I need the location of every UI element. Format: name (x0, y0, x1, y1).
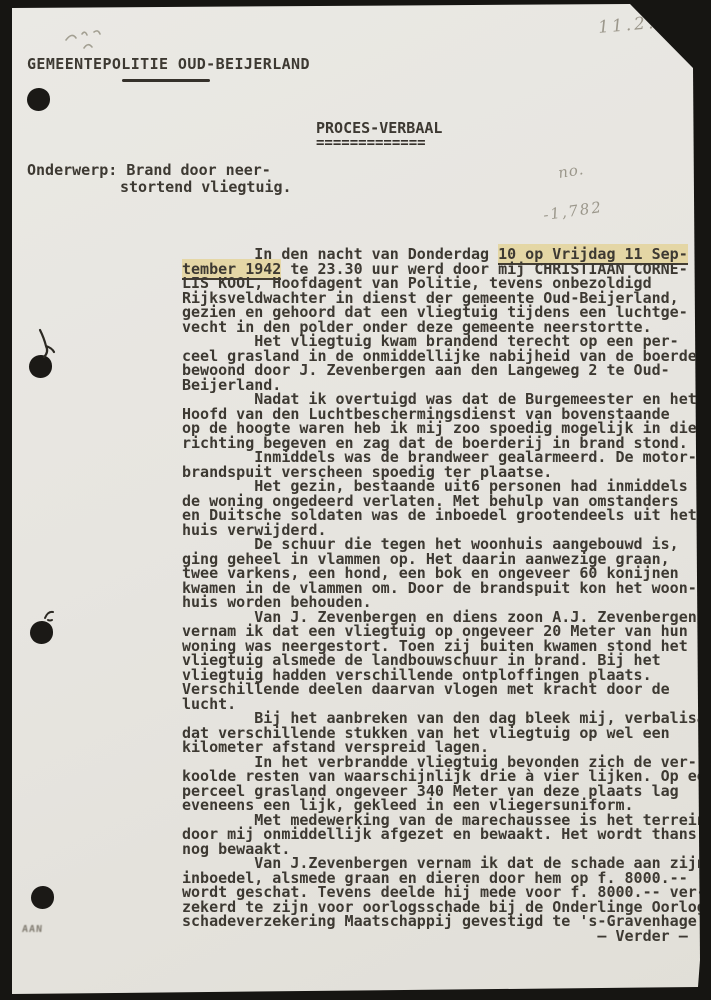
agency-underline (122, 79, 210, 82)
punch-hole (31, 886, 54, 909)
agency-name: GEMEENTEPOLITIE OUD-BEIJERLAND (27, 55, 310, 73)
body-line: — Verder — (182, 929, 711, 944)
handwritten-file-number: 11.2.3274 (597, 8, 711, 38)
punch-hole (30, 621, 53, 644)
pencil-scribble (64, 26, 112, 54)
body-text: In den nacht van Donderdag 10 op Vrijdag… (182, 247, 711, 943)
subject-line-1: Onderwerp: Brand door neer- (27, 161, 271, 179)
title-underline: ============= (316, 135, 426, 151)
handwritten-note: no. (557, 160, 586, 182)
subject-line-2: stortend vliegtuig. (120, 178, 292, 196)
ink-mark (32, 328, 56, 360)
margin-note: AAN (22, 924, 44, 935)
document-page: GEMEENTEPOLITIE OUD-BEIJERLAND PROCES-VE… (0, 0, 711, 1000)
body-line: Verschillende deelen daarvan vlogen met … (182, 682, 711, 697)
handwritten-number: -1,782 (542, 198, 604, 224)
ink-mark (42, 608, 56, 624)
punch-hole (27, 88, 50, 111)
